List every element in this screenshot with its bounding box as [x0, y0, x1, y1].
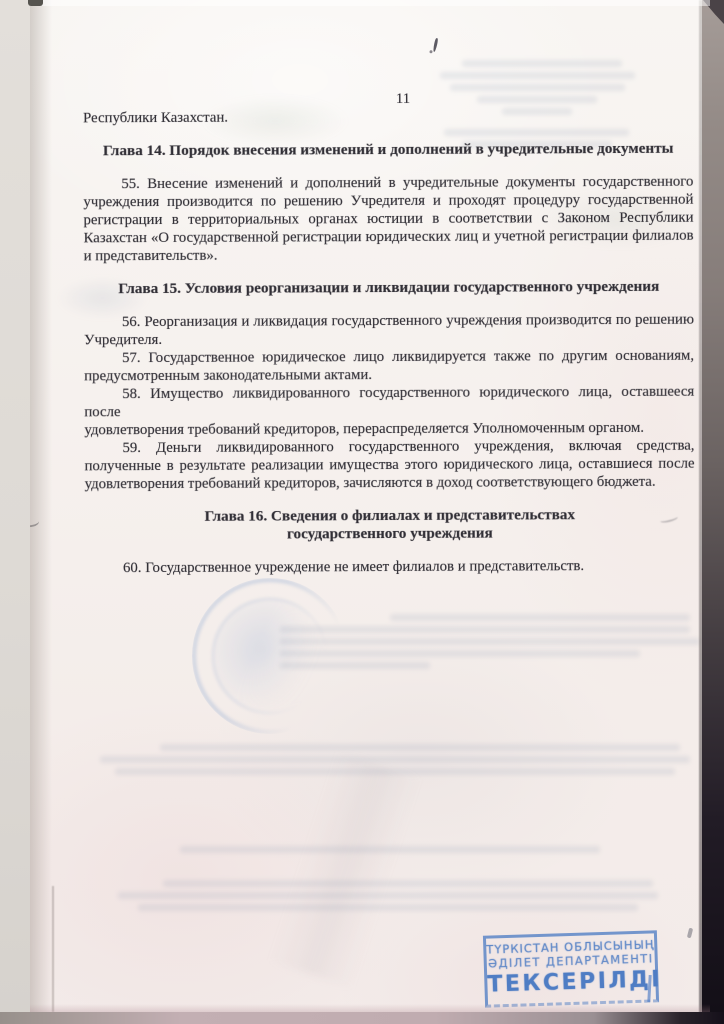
clause-57: 57. Государственное юридическое лицо лик…: [84, 347, 694, 386]
paper-crease: [268, 751, 422, 988]
text-line: Казахстан «О государственной регистрации…: [84, 227, 694, 248]
document-blocks: Глава 14. Порядок внесения изменений и д…: [83, 140, 695, 578]
heading-line: Глава 15. Условия реорганизации и ликвид…: [84, 278, 694, 299]
scanner-edge-bottom: [0, 1012, 724, 1024]
scanned-document-page: 11 Республики Казахстан. Глава 14. Поряд…: [0, 0, 724, 1024]
pen-mark-top-center: [433, 38, 438, 52]
carryover-text: Республики Казахстан.: [83, 107, 693, 128]
scanner-edge-left: [0, 0, 30, 1024]
fold-line: [52, 886, 54, 1012]
verification-stamp: ТҮРКІСТАН ОБЛЫСЫНЫҢ ӘДІЛЕТ ДЕПАРТАМЕНТІ …: [483, 930, 659, 1007]
text-line: 56. Реорганизация и ликвидация государст…: [84, 311, 694, 332]
heading-line: государственного учреждения: [85, 524, 695, 545]
clause-55: 55. Внесение изменений и дополнений в уч…: [83, 173, 693, 266]
text-line: 57. Государственное юридическое лицо лик…: [84, 347, 694, 368]
clause-60: 60. Государственное учреждение не имеет …: [85, 557, 695, 578]
page-edge-shadow-bottom: [30, 1004, 710, 1012]
pen-mark-near-stamp: [687, 928, 693, 939]
document-content: 11 Республики Казахстан. Глава 14. Поряд…: [83, 89, 695, 578]
round-seal-bleed: [192, 578, 348, 734]
clause-56: 56. Реорганизация и ликвидация государст…: [84, 311, 694, 350]
clause-58: 58. Имущество ликвидированного государст…: [84, 383, 694, 440]
bleed-through-text-bottom: [118, 880, 663, 916]
bleed-through-text-lower: [90, 744, 690, 780]
page-edge-top: [30, 0, 710, 6]
text-line: удовлетворения требований кредиторов, за…: [85, 473, 695, 494]
stamp-line-verified: ТЕКСЕРІЛДІ: [487, 967, 656, 997]
text-line: 60. Государственное учреждение не имеет …: [85, 557, 695, 578]
text-line: и представительств».: [84, 245, 694, 266]
clause-59: 59. Деньги ликвидированного государствен…: [84, 437, 694, 494]
scanner-mark-top: [28, 0, 43, 6]
chapter-14-heading: Глава 14. Порядок внесения изменений и д…: [83, 140, 693, 161]
round-seal-inner: [212, 598, 328, 714]
page-edge-shadow-left: [30, 0, 52, 1024]
text-line: 58. Имущество ликвидированного государст…: [84, 383, 694, 422]
heading-line: Глава 14. Порядок внесения изменений и д…: [83, 140, 693, 161]
bleed-through-heading-line: [170, 846, 610, 858]
chapter-16-heading: Глава 16. Сведения о филиалах и представ…: [85, 506, 695, 545]
chapter-15-heading: Глава 15. Условия реорганизации и ликвид…: [84, 278, 694, 299]
scanner-edge-right: [702, 0, 724, 1024]
